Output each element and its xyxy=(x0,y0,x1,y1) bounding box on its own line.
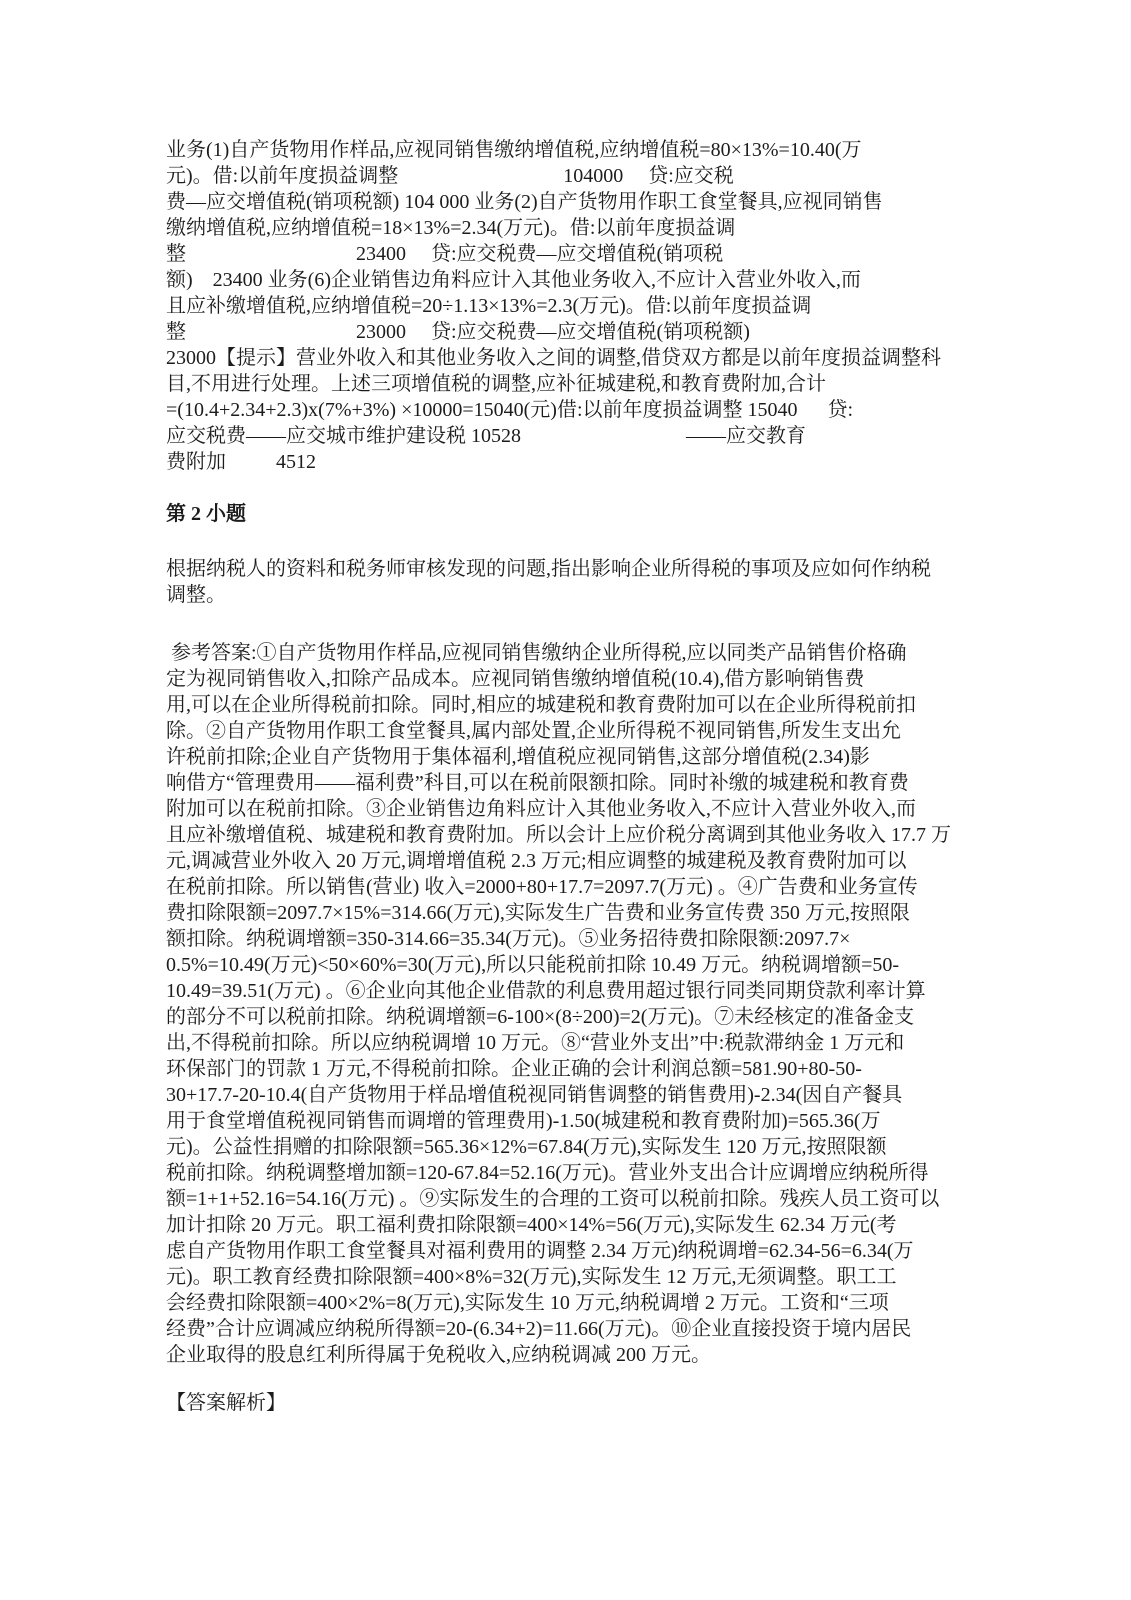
document-page: 业务(1)自产货物用作样品,应视同销售缴纳增值税,应纳增值税=80×13%=10… xyxy=(0,0,1131,1600)
journal-entries-paragraph: 业务(1)自产货物用作样品,应视同销售缴纳增值税,应纳增值税=80×13%=10… xyxy=(166,137,966,475)
subquestion-heading: 第 2 小题 xyxy=(166,501,966,527)
reference-answer-paragraph: 参考答案:①自产货物用作样品,应视同销售缴纳企业所得税,应以同类产品销售价格确 … xyxy=(166,640,966,1368)
page-content: 业务(1)自产货物用作样品,应视同销售缴纳增值税,应纳增值税=80×13%=10… xyxy=(166,137,966,1416)
subquestion-prompt: 根据纳税人的资料和税务师审核发现的问题,指出影响企业所得税的事项及应如何作纳税 … xyxy=(166,556,966,608)
answer-analysis-heading: 【答案解析】 xyxy=(166,1390,966,1416)
